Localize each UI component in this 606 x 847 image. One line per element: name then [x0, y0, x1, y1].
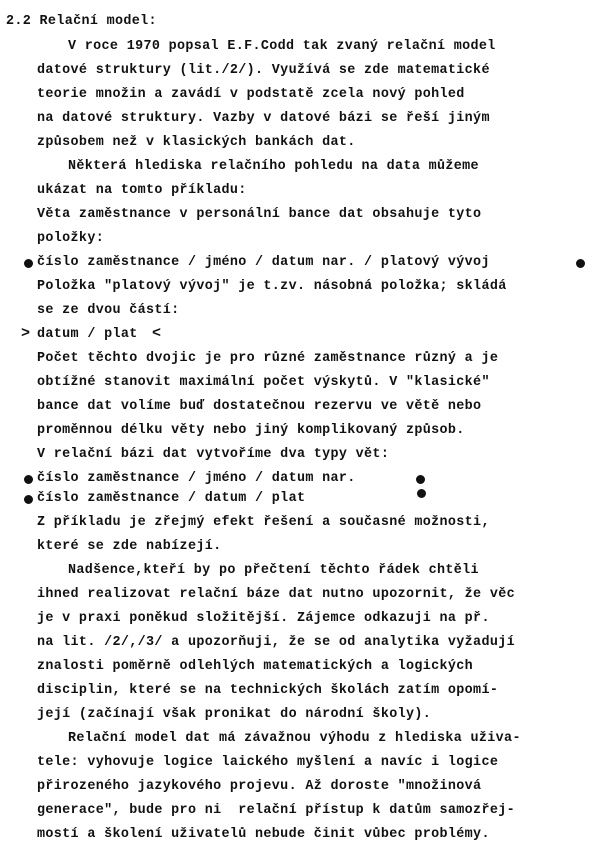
bullet-icon — [576, 259, 585, 268]
paragraph-line: teorie množin a zavádí v podstatě zcela … — [37, 87, 465, 103]
paragraph-line: Položka "platový vývoj" je t.zv. násobná… — [37, 279, 507, 295]
record-layout-line: číslo zaměstnance / datum / plat — [37, 491, 305, 507]
record-layout-line: číslo zaměstnance / jméno / datum nar. /… — [37, 255, 490, 271]
paragraph-line: ihned realizovat relační báze dat nutno … — [37, 587, 515, 603]
paragraph-line: které se zde nabízejí. — [37, 539, 222, 555]
paragraph-line: znalosti poměrně odlehlých matematických… — [37, 659, 473, 675]
bullet-icon — [24, 475, 33, 484]
paragraph-line: položky: — [37, 231, 104, 247]
paragraph-line: její (začínají však pronikat do národní … — [37, 707, 431, 723]
paragraph-line: je v praxi poněkud složitější. Zájemce o… — [37, 611, 490, 627]
paragraph-line: Z příkladu je zřejmý efekt řešení a souč… — [37, 515, 490, 531]
paragraph-line: Věta zaměstnance v personální bance dat … — [37, 207, 481, 223]
paragraph-line: Nadšence,kteří by po přečtení těchto řád… — [68, 563, 479, 579]
paragraph-line: přirozeného jazykového projevu. Až doros… — [37, 779, 481, 795]
paragraph-line: bance dat volíme buď dostatečnou rezervu… — [37, 399, 481, 415]
repeating-group-line: datum / plat — [37, 327, 138, 343]
paragraph-line: obtížné stanovit maximální počet výskytů… — [37, 375, 490, 391]
paragraph-line: generace", bude pro ni relační přístup k… — [37, 803, 515, 819]
paragraph-line: tele: vyhovuje logice laického myšlení a… — [37, 755, 498, 771]
typewritten-page: 2.2 Relační model: V roce 1970 popsal E.… — [0, 0, 606, 847]
bullet-icon — [24, 259, 33, 268]
paragraph-line: datové struktury (lit./2/). Využívá se z… — [37, 63, 490, 79]
section-heading: 2.2 Relační model: — [6, 14, 157, 30]
paragraph-line: Některá hlediska relačního pohledu na da… — [68, 159, 479, 175]
bullet-icon — [416, 475, 425, 484]
paragraph-line: na lit. /2/,/3/ a upozorňuji, že se od a… — [37, 635, 515, 651]
bullet-icon — [24, 495, 33, 504]
repeat-close-marker: < — [152, 326, 161, 342]
record-layout-line: číslo zaměstnance / jméno / datum nar. — [37, 471, 356, 487]
paragraph-line: ukázat na tomto příkladu: — [37, 183, 247, 199]
paragraph-line: V relační bázi dat vytvoříme dva typy vě… — [37, 447, 389, 463]
paragraph-line: způsobem než v klasických bankách dat. — [37, 135, 356, 151]
paragraph-line: disciplin, které se na technických školá… — [37, 683, 498, 699]
paragraph-line: Počet těchto dvojic je pro různé zaměstn… — [37, 351, 498, 367]
paragraph-line: se ze dvou částí: — [37, 303, 180, 319]
repeat-open-marker: > — [21, 326, 30, 342]
paragraph-line: proměnnou délku věty nebo jiný komplikov… — [37, 423, 465, 439]
paragraph-line: Relační model dat má závažnou výhodu z h… — [68, 731, 521, 747]
paragraph-line: V roce 1970 popsal E.F.Codd tak zvaný re… — [68, 39, 496, 55]
bullet-icon — [417, 489, 426, 498]
paragraph-line: mostí a školení uživatelů nebude činit v… — [37, 827, 490, 843]
paragraph-line: na datové struktury. Vazby v datové bázi… — [37, 111, 490, 127]
